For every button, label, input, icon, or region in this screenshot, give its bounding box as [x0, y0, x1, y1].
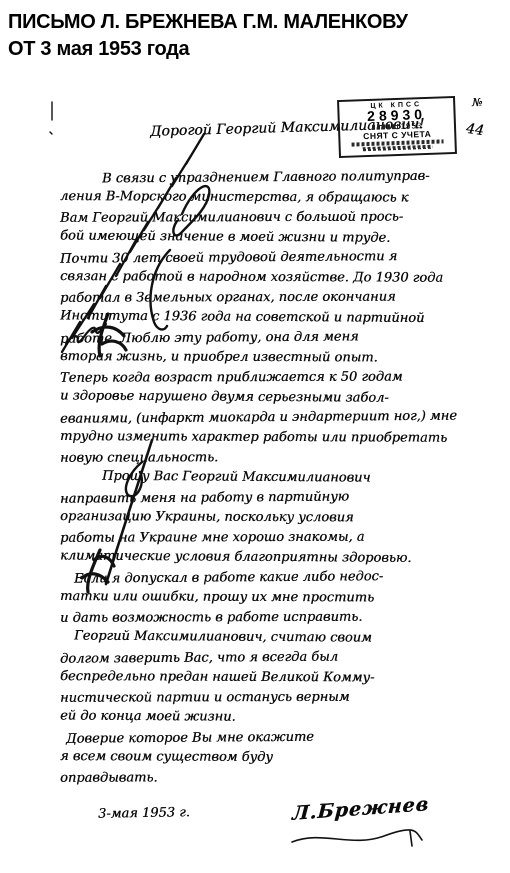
letter-line: долгом заверить Вас, что я всегда был [60, 646, 504, 669]
letter-line: Теперь когда возраст приближается к 50 г… [60, 367, 504, 389]
diagonal-resolution-scrawl [42, 92, 217, 367]
letter-line: оправдывать. [60, 767, 504, 789]
signature: Л.Брежнев [291, 793, 429, 825]
letter-line: и дать возможность в работе исправить. [60, 607, 504, 629]
letter-line: нистической партии и останусь верным [60, 687, 504, 709]
margin-number-value: 44 [465, 121, 485, 139]
letter-line: я всем своим существом буду [60, 747, 504, 769]
document-title: ПИСЬМО Л. БРЕЖНЕВА Г.М. МАЛЕНКОВУ ОТ 3 м… [8, 9, 408, 63]
letter-line: еваниями, (инфаркт миокарда и эндартерии… [60, 406, 504, 429]
margin-number-sign: № [472, 96, 482, 109]
title-line-1: ПИСЬМО Л. БРЕЖНЕВА Г.М. МАЛЕНКОВУ [8, 9, 408, 36]
letter-date: 3-мая 1953 г. [98, 805, 190, 822]
margin-check-scrawl [72, 432, 164, 604]
signature-flourish [286, 828, 436, 850]
letter-line: Доверие которое Вы мне окажите [60, 726, 504, 749]
title-line-2: ОТ 3 мая 1953 года [8, 36, 408, 63]
document-page: ПИСЬМО Л. БРЕЖНЕВА Г.М. МАЛЕНКОВУ ОТ 3 м… [0, 0, 510, 873]
registration-stamp: ЦК КПСС 28930 1953 СНЯТ С УЧЕТА [337, 96, 457, 158]
letter-line: беспредельно предан нашей Великой Комму- [60, 667, 504, 689]
